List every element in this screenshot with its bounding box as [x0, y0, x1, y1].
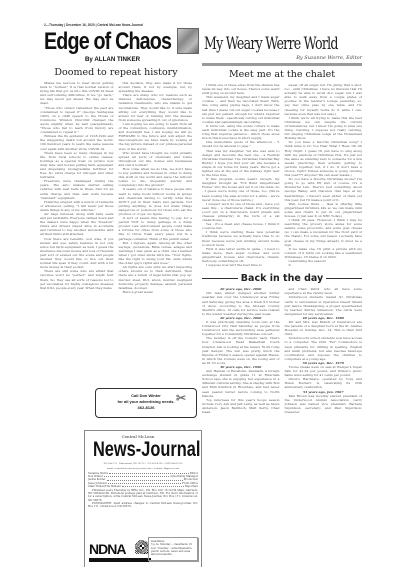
paragraph: One memorable quote of the afternoon - "…	[202, 140, 280, 148]
paragraph: There are many, who for reasons such as …	[119, 93, 193, 122]
deadlines-text: 5 p.m. Monday – classifieds; 10 a.m. Tue…	[151, 543, 195, 556]
staff-row: Allan Tinker/Tim HansenReporters	[88, 485, 198, 488]
byline: By ALLAN TINKER	[40, 56, 185, 63]
author-photo	[177, 28, 199, 54]
paragraph: It sort of seems like having to pay for …	[119, 216, 193, 241]
paragraph: The monkey is off the Comets' back. That…	[202, 336, 280, 365]
paragraph: How come when we do this, we don't have …	[119, 167, 193, 187]
paragraph: Underwood students mailed 91 Christmas c…	[285, 295, 363, 315]
paragraph: There are still some who are afraid that…	[40, 269, 114, 289]
article-col-1: Makes me nervous to hear about getting b…	[40, 81, 114, 294]
paragraph: But, I digress, again. Among all the oth…	[119, 241, 193, 266]
paragraph: Yes - it's a meat and cheese house. I th…	[202, 222, 280, 230]
ndna-sunburst-icon	[135, 540, 149, 554]
headline: Meet me at the chalet	[202, 69, 362, 80]
paragraph: T-bone steaks were on sale at Wenger's S…	[285, 365, 363, 377]
paragraph: Ann Hansen of Revsholm, Denmark, a forei…	[202, 369, 280, 398]
publication-info: Published every Thursday by BHG, Inc., P…	[88, 489, 198, 508]
paragraph: Do you have a favorite Christmas song? I…	[285, 140, 363, 177]
paragraph: this decision, they also make it for tho…	[119, 81, 193, 93]
paragraph: I think one of these elves from the shel…	[202, 83, 280, 95]
paragraph: First it was letter swirls in game - I n…	[202, 247, 280, 263]
staff-name: Allan Tinker/Tim Hansen	[88, 485, 121, 488]
back-in-the-day-header: Back in the day	[202, 273, 362, 284]
paragraph: Do you have a favorite Christmas movie? …	[285, 177, 363, 202]
column-title: Edge of Chaos	[44, 30, 165, 54]
leader-dots	[107, 478, 183, 480]
edge-of-chaos-column: Edge of Chaos By ALLAN TINKER Doomed to …	[40, 28, 192, 294]
leader-dots	[108, 482, 181, 484]
paragraph: "Those who cannot remember the past are …	[40, 106, 114, 135]
paragraph: Underwood's school students now have acc…	[285, 336, 363, 361]
deadlines-box: Deadlines: 5 p.m. Monday – classifieds; …	[148, 537, 198, 561]
paragraph: Have a great week!	[119, 290, 193, 294]
paragraph: Who would have thought we could globally…	[119, 151, 193, 167]
masthead-box: Central McLean News-Journal P.O. Box 171…	[84, 430, 202, 567]
paragraph: Well, lookee there ... Ikea is offering …	[285, 202, 363, 218]
postmaster-text: POSTMASTER: Send address changes to Cent…	[88, 502, 198, 508]
staff-role: Reporters	[185, 485, 198, 488]
history-col-2: and Chad Pettit, who all have some exper…	[285, 287, 363, 414]
paragraph: Olson's Hardware, operated by Tony and H…	[285, 377, 363, 389]
section-title: Back in the day	[238, 273, 326, 284]
paragraph: and Chad Pettit, who all have some exper…	[285, 287, 363, 295]
paragraph: I think we're starting these new potenti…	[202, 230, 280, 246]
divider	[326, 278, 362, 279]
leader-dots	[109, 472, 189, 474]
ndna-banner	[89, 558, 151, 562]
paragraph: There have been so many changes in my li…	[40, 151, 114, 180]
article-body: I think one of these elves from the shel…	[202, 83, 362, 267]
paragraph: I suppose now isn't the best time to	[202, 263, 280, 267]
paragraph: Air bags followed, along with baby seats…	[40, 212, 114, 237]
paragraph: Hollering erupted with a bunch of rednec…	[40, 200, 114, 212]
leader-dots	[122, 485, 184, 487]
paragraph: It turns out, using the cookie cutters t…	[202, 124, 280, 140]
divider	[202, 63, 362, 66]
paragraph: Top returnees for this year's hoops seas…	[202, 398, 280, 414]
paragraph: S.	[285, 263, 363, 267]
paragraph: If we make one, I'll print a picture wit…	[285, 247, 363, 259]
paragraph: All rights are ours until we start impac…	[119, 265, 193, 290]
leader-dots	[104, 475, 169, 477]
paragraph: I suspect we'll do one of those and - ha…	[202, 202, 280, 222]
advertising-ad: Call Don Winter for all your advertising…	[95, 388, 197, 418]
article-col-2: this decision, they also make it for tho…	[119, 81, 193, 294]
paragraph: If this program cookie wasn't enough, my…	[202, 177, 280, 202]
article-body: Makes me nervous to hear about getting b…	[40, 81, 192, 294]
ndna-logo: NDNA	[89, 541, 125, 557]
staff-list: Suzanne WerreEditorDon WinterAdvertising…	[88, 472, 198, 488]
paragraph: I think we're all trying to make this th…	[285, 116, 363, 141]
article-col-1: I think one of these elves from the shel…	[202, 83, 280, 267]
headline: Doomed to repeat history	[40, 67, 192, 78]
paragraph: Old man winter dumped another winter wea…	[202, 291, 280, 316]
paragraph: Mr. and Mrs. Gay Brandt of Underwood are…	[285, 320, 363, 336]
paragraph: swear off all sugar, but I'm giving that…	[285, 83, 363, 116]
paragraph: Makes me nervous to hear about getting b…	[40, 81, 114, 106]
newspaper-page: 2—Thursday | December 16, 2020 | Central…	[40, 20, 362, 550]
paragraph: Now there are benefits, cost wise, if yo…	[40, 237, 114, 270]
paragraph: That was my daughter. Yet she was able t…	[202, 149, 280, 178]
folio: 2—Thursday | December 16, 2020 | Central…	[44, 23, 143, 27]
byline: By Suzanne Werre, Editor	[202, 55, 362, 61]
weary-werre-column: My Weary Werre World By Suzanne Werre, E…	[202, 20, 362, 414]
column-title: My Weary Werre World	[204, 36, 321, 53]
lawn-mower-icon: ✂	[174, 395, 188, 409]
paragraph: Freedoms were challenged during the year…	[40, 179, 114, 199]
masthead-email: email: centralmcleannews@westriv.com • w…	[88, 467, 198, 470]
divider	[202, 278, 238, 279]
history-col-1: 20 years ago, Dec. 2000Old man winter du…	[202, 287, 280, 414]
paragraph: It seems out of balance to have people w…	[119, 187, 193, 216]
published-text: Published every Thursday by BHG, Inc., P…	[88, 489, 198, 502]
article-col-2: swear off all sugar, but I'm giving that…	[285, 83, 363, 267]
paragraph: Paul Brown was recently elected presiden…	[285, 394, 363, 414]
paragraph: I am hoping we are going to learn from a…	[119, 122, 193, 151]
paragraph: Witness the flu epidemic of 1918-1920 an…	[40, 134, 114, 150]
paragraph: I think I'll pass. However, I think I ma…	[285, 218, 363, 247]
masthead-title: News-Journal	[93, 439, 185, 460]
masthead-address: P.O. Box 171, Underwood, ND 58576 • 701-…	[88, 462, 198, 465]
back-in-the-day-body: 20 years ago, Dec. 2000Old man winter du…	[202, 287, 362, 414]
paragraph: This weekend, my daughter and I made sug…	[202, 95, 280, 124]
paragraph: It was practically standing room only at…	[202, 320, 280, 336]
